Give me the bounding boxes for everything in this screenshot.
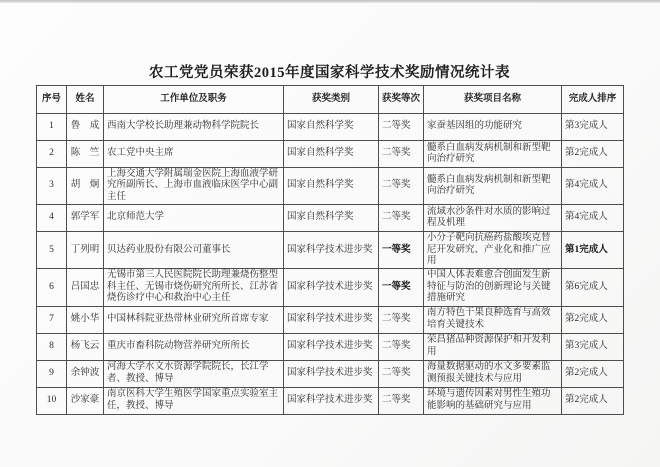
cell-unit: 重庆市畜科院动物营养研究所所长: [104, 333, 284, 360]
col-header-unit: 工作单位及职务: [104, 86, 284, 114]
table-row: 6吕国忠无锡市第三人民医院院长助理兼烧伤整型科主任、无锡市烧伤研究所所长、江苏省…: [37, 269, 624, 306]
cell-category: 国家科学技术进步奖: [284, 306, 379, 333]
col-header-rank: 完成人排序: [562, 86, 624, 114]
col-header-no: 序号: [37, 86, 67, 114]
scan-edge: [0, 0, 660, 3]
cell-no: 7: [37, 306, 67, 333]
cell-rank: 第3完成人: [562, 114, 624, 141]
cell-level: 二等奖: [379, 360, 424, 387]
cell-unit: 河海大学水文水资源学院院长，长江学者、教授、博导: [104, 360, 284, 387]
cell-no: 8: [37, 333, 67, 360]
cell-no: 4: [37, 205, 67, 232]
cell-level: 二等奖: [379, 168, 424, 205]
table-row: 3胡 炯上海交通大学附属瑞金医院上海血液学研究所副所长、上海市血液临床医学中心副…: [37, 168, 624, 205]
cell-category: 国家自然科学奖: [284, 205, 379, 232]
cell-name: 陈 竺: [67, 141, 104, 168]
cell-level: 二等奖: [379, 333, 424, 360]
cell-project: 海量数据驱动的水文多要素监测预报关键技术与应用: [424, 360, 562, 387]
cell-category: 国家自然科学奖: [284, 141, 379, 168]
cell-project: 环境与遗传因素对男性生殖功能影响的基础研究与应用: [424, 387, 562, 414]
cell-unit: 无锡市第三人民医院院长助理兼烧伤整型科主任、无锡市烧伤研究所所长、江苏省烧伤诊疗…: [104, 269, 284, 306]
cell-unit: 中国林科院亚热带林业研究所首席专家: [104, 306, 284, 333]
page-title: 农工党党员荣获2015年度国家科学技术奖励情况统计表: [36, 61, 623, 82]
cell-project: 荣昌猪品种资源保护和开发利用: [424, 333, 562, 360]
cell-level: 二等奖: [379, 205, 424, 232]
cell-project: 家蚕基因组的功能研究: [424, 114, 562, 141]
col-header-name: 姓名: [67, 86, 104, 114]
cell-project: 流域水沙条件对水质的影响过程及机理: [424, 205, 562, 232]
table-row: 2陈 竺农工党中央主席国家自然科学奖二等奖髓系白血病发病机制和新型靶向治疗研究第…: [37, 141, 624, 168]
cell-name: 胡 炯: [67, 168, 104, 205]
cell-name: 姚小华: [67, 306, 104, 333]
cell-unit: 北京师范大学: [104, 205, 284, 232]
cell-rank: 第3完成人: [562, 333, 624, 360]
cell-project: 中国人体表难愈合创面发生新特征与防治的创新理论与关键措施研究: [424, 269, 562, 306]
header-row: 序号 姓名 工作单位及职务 获奖类别 获奖等次 获奖项目名称 完成人排序: [37, 86, 624, 114]
table-row: 7姚小华中国林科院亚热带林业研究所首席专家国家科学技术进步奖二等奖南方特色干果良…: [37, 306, 624, 333]
cell-rank: 第4完成人: [562, 205, 624, 232]
cell-unit: 农工党中央主席: [104, 141, 284, 168]
cell-rank: 第2完成人: [562, 360, 624, 387]
cell-unit: 上海交通大学附属瑞金医院上海血液学研究所副所长、上海市血液临床医学中心副主任: [104, 168, 284, 205]
cell-level: 一等奖: [379, 232, 424, 269]
cell-category: 国家科学技术进步奖: [284, 360, 379, 387]
cell-project: 南方特色干果良种选育与高效培育关键技术: [424, 306, 562, 333]
table-row: 8杨飞云重庆市畜科院动物营养研究所所长国家科学技术进步奖二等奖荣昌猪品种资源保护…: [37, 333, 624, 360]
cell-rank: 第2完成人: [562, 306, 624, 333]
cell-category: 国家科学技术进步奖: [284, 387, 379, 414]
cell-name: 吕国忠: [67, 269, 104, 306]
cell-no: 5: [37, 232, 67, 269]
cell-name: 杨飞云: [67, 333, 104, 360]
cell-rank: 第6完成人: [562, 269, 624, 306]
cell-unit: 南京医科大学生殖医学国家重点实验室主任，教授、博导: [104, 387, 284, 414]
cell-category: 国家科学技术进步奖: [284, 232, 379, 269]
table-row: 9余钟波河海大学水文水资源学院院长，长江学者、教授、博导国家科学技术进步奖二等奖…: [37, 360, 624, 387]
cell-unit: 西南大学校长助理兼动物科学院院长: [104, 114, 284, 141]
col-header-level: 获奖等次: [379, 86, 424, 114]
cell-name: 鲁 成: [67, 114, 104, 141]
cell-category: 国家科学技术进步奖: [284, 269, 379, 306]
cell-project: 髓系白血病发病机制和新型靶向治疗研究: [424, 168, 562, 205]
cell-level: 二等奖: [379, 114, 424, 141]
col-header-category: 获奖类别: [284, 86, 379, 114]
cell-level: 二等奖: [379, 387, 424, 414]
cell-name: 郭学军: [67, 205, 104, 232]
cell-no: 2: [37, 141, 67, 168]
cell-name: 余钟波: [67, 360, 104, 387]
table-body: 1鲁 成西南大学校长助理兼动物科学院院长国家自然科学奖二等奖家蚕基因组的功能研究…: [37, 114, 624, 415]
table-row: 10沙家豪南京医科大学生殖医学国家重点实验室主任，教授、博导国家科学技术进步奖二…: [37, 387, 624, 414]
cell-level: 二等奖: [379, 141, 424, 168]
cell-unit: 贝达药业股份有限公司董事长: [104, 232, 284, 269]
cell-rank: 第1完成人: [562, 232, 624, 269]
cell-category: 国家科学技术进步奖: [284, 333, 379, 360]
cell-category: 国家自然科学奖: [284, 114, 379, 141]
cell-no: 6: [37, 269, 67, 306]
table-row: 5丁列明贝达药业股份有限公司董事长国家科学技术进步奖一等奖小分子靶向抗癌药盐酸埃…: [37, 232, 624, 269]
cell-no: 3: [37, 168, 67, 205]
awards-table: 序号 姓名 工作单位及职务 获奖类别 获奖等次 获奖项目名称 完成人排序 1鲁 …: [36, 85, 624, 415]
cell-rank: 第2完成人: [562, 387, 624, 414]
cell-rank: 第2完成人: [562, 141, 624, 168]
cell-category: 国家自然科学奖: [284, 168, 379, 205]
cell-no: 10: [37, 387, 67, 414]
cell-rank: 第4完成人: [562, 168, 624, 205]
table-row: 4郭学军北京师范大学国家自然科学奖二等奖流域水沙条件对水质的影响过程及机理第4完…: [37, 205, 624, 232]
cell-project: 小分子靶向抗癌药盐酸埃克替尼开发研究、产业化和推广应用: [424, 232, 562, 269]
cell-level: 二等奖: [379, 306, 424, 333]
cell-no: 1: [37, 114, 67, 141]
cell-level: 一等奖: [379, 269, 424, 306]
table-row: 1鲁 成西南大学校长助理兼动物科学院院长国家自然科学奖二等奖家蚕基因组的功能研究…: [37, 114, 624, 141]
col-header-project: 获奖项目名称: [424, 86, 562, 114]
cell-no: 9: [37, 360, 67, 387]
cell-project: 髓系白血病发病机制和新型靶向治疗研究: [424, 141, 562, 168]
cell-name: 沙家豪: [67, 387, 104, 414]
cell-name: 丁列明: [67, 232, 104, 269]
